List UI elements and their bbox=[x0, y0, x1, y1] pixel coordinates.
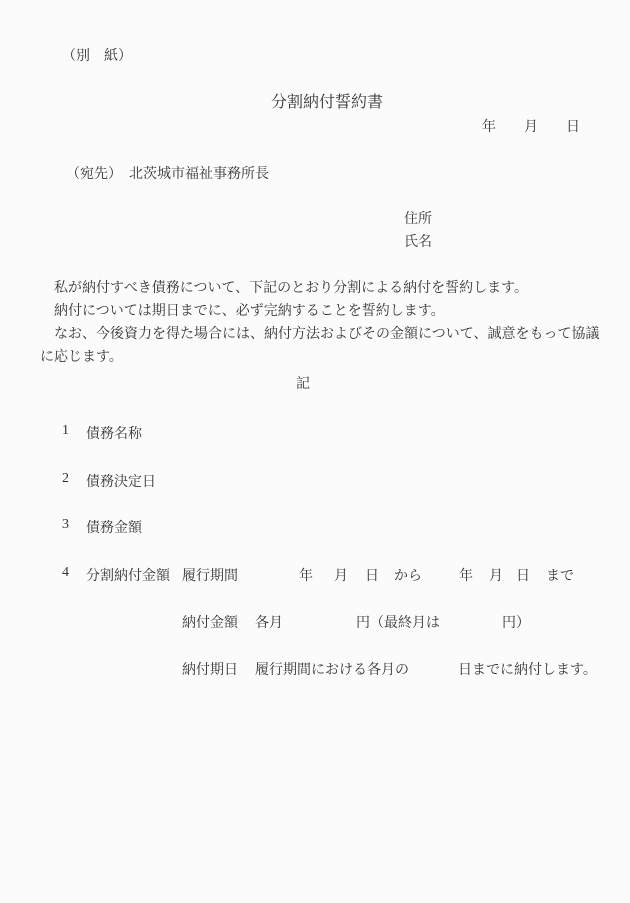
period-from-suffix: から bbox=[394, 565, 422, 585]
body-line-1: 私が納付すべき債務について、下記のとおり分割による納付を誓約します。 bbox=[40, 277, 615, 300]
period-to-day: 日 bbox=[516, 565, 530, 585]
due-text-before: 履行期間における各月の bbox=[255, 659, 409, 679]
body-line-2: 納付については期日までに、必ず完納することを誓約します。 bbox=[40, 300, 615, 323]
due-label: 納付期日 bbox=[182, 659, 238, 679]
item-label: 債務名称 bbox=[86, 423, 142, 443]
period-to-year: 年 bbox=[459, 565, 473, 585]
section-heading: 記 bbox=[296, 376, 310, 394]
amount-label: 納付金額 bbox=[182, 612, 238, 632]
period-from-day: 日 bbox=[365, 565, 379, 585]
due-text-after: 日までに納付します。 bbox=[458, 659, 597, 679]
amount-yen-close: 円） bbox=[502, 612, 530, 632]
item-debt-name: 1 債務名称 bbox=[62, 423, 142, 443]
address-label: 住所 bbox=[404, 211, 432, 229]
attachment-label: （別 紙） bbox=[62, 48, 132, 66]
date-line: 年 月 日 bbox=[482, 119, 580, 137]
item-number: 2 bbox=[62, 471, 69, 491]
row-payment-amount: 納付金額 各月 円（最終月は 円） bbox=[0, 612, 630, 632]
period-label: 履行期間 bbox=[182, 565, 238, 585]
row-performance-period: 4 分割納付金額 履行期間 年 月 日 から 年 月 日 まで bbox=[0, 565, 630, 585]
amount-each-month: 各月 bbox=[255, 612, 283, 632]
body-paragraphs: 私が納付すべき債務について、下記のとおり分割による納付を誓約します。 納付につい… bbox=[40, 277, 615, 369]
item-debt-decision-date: 2 債務決定日 bbox=[62, 471, 156, 491]
item-number: 3 bbox=[62, 517, 69, 537]
period-from-year: 年 bbox=[299, 565, 313, 585]
period-from-month: 月 bbox=[334, 565, 348, 585]
name-label: 氏名 bbox=[404, 234, 432, 252]
item-debt-amount: 3 債務金額 bbox=[62, 517, 142, 537]
item-label: 分割納付金額 bbox=[86, 565, 170, 585]
item-label: 債務金額 bbox=[86, 517, 142, 537]
body-line-3: なお、今後資力を得た場合には、納付方法およびその金額について、誠意をもって協議 bbox=[40, 323, 615, 346]
period-to-suffix: まで bbox=[546, 565, 574, 585]
row-payment-due-date: 納付期日 履行期間における各月の 日までに納付します。 bbox=[0, 659, 630, 679]
period-to-month: 月 bbox=[489, 565, 503, 585]
addressee-line: （宛先） 北茨城市福祉事務所長 bbox=[66, 166, 269, 184]
document-title: 分割納付誓約書 bbox=[271, 93, 383, 113]
pledge-document: （別 紙） 分割納付誓約書 年 月 日 （宛先） 北茨城市福祉事務所長 住所 氏… bbox=[0, 0, 630, 903]
amount-yen-open: 円（最終月は bbox=[356, 612, 440, 632]
item-label: 債務決定日 bbox=[86, 471, 156, 491]
body-line-4: に応じます。 bbox=[40, 346, 615, 369]
item-number: 4 bbox=[62, 565, 69, 581]
item-number: 1 bbox=[62, 423, 69, 443]
